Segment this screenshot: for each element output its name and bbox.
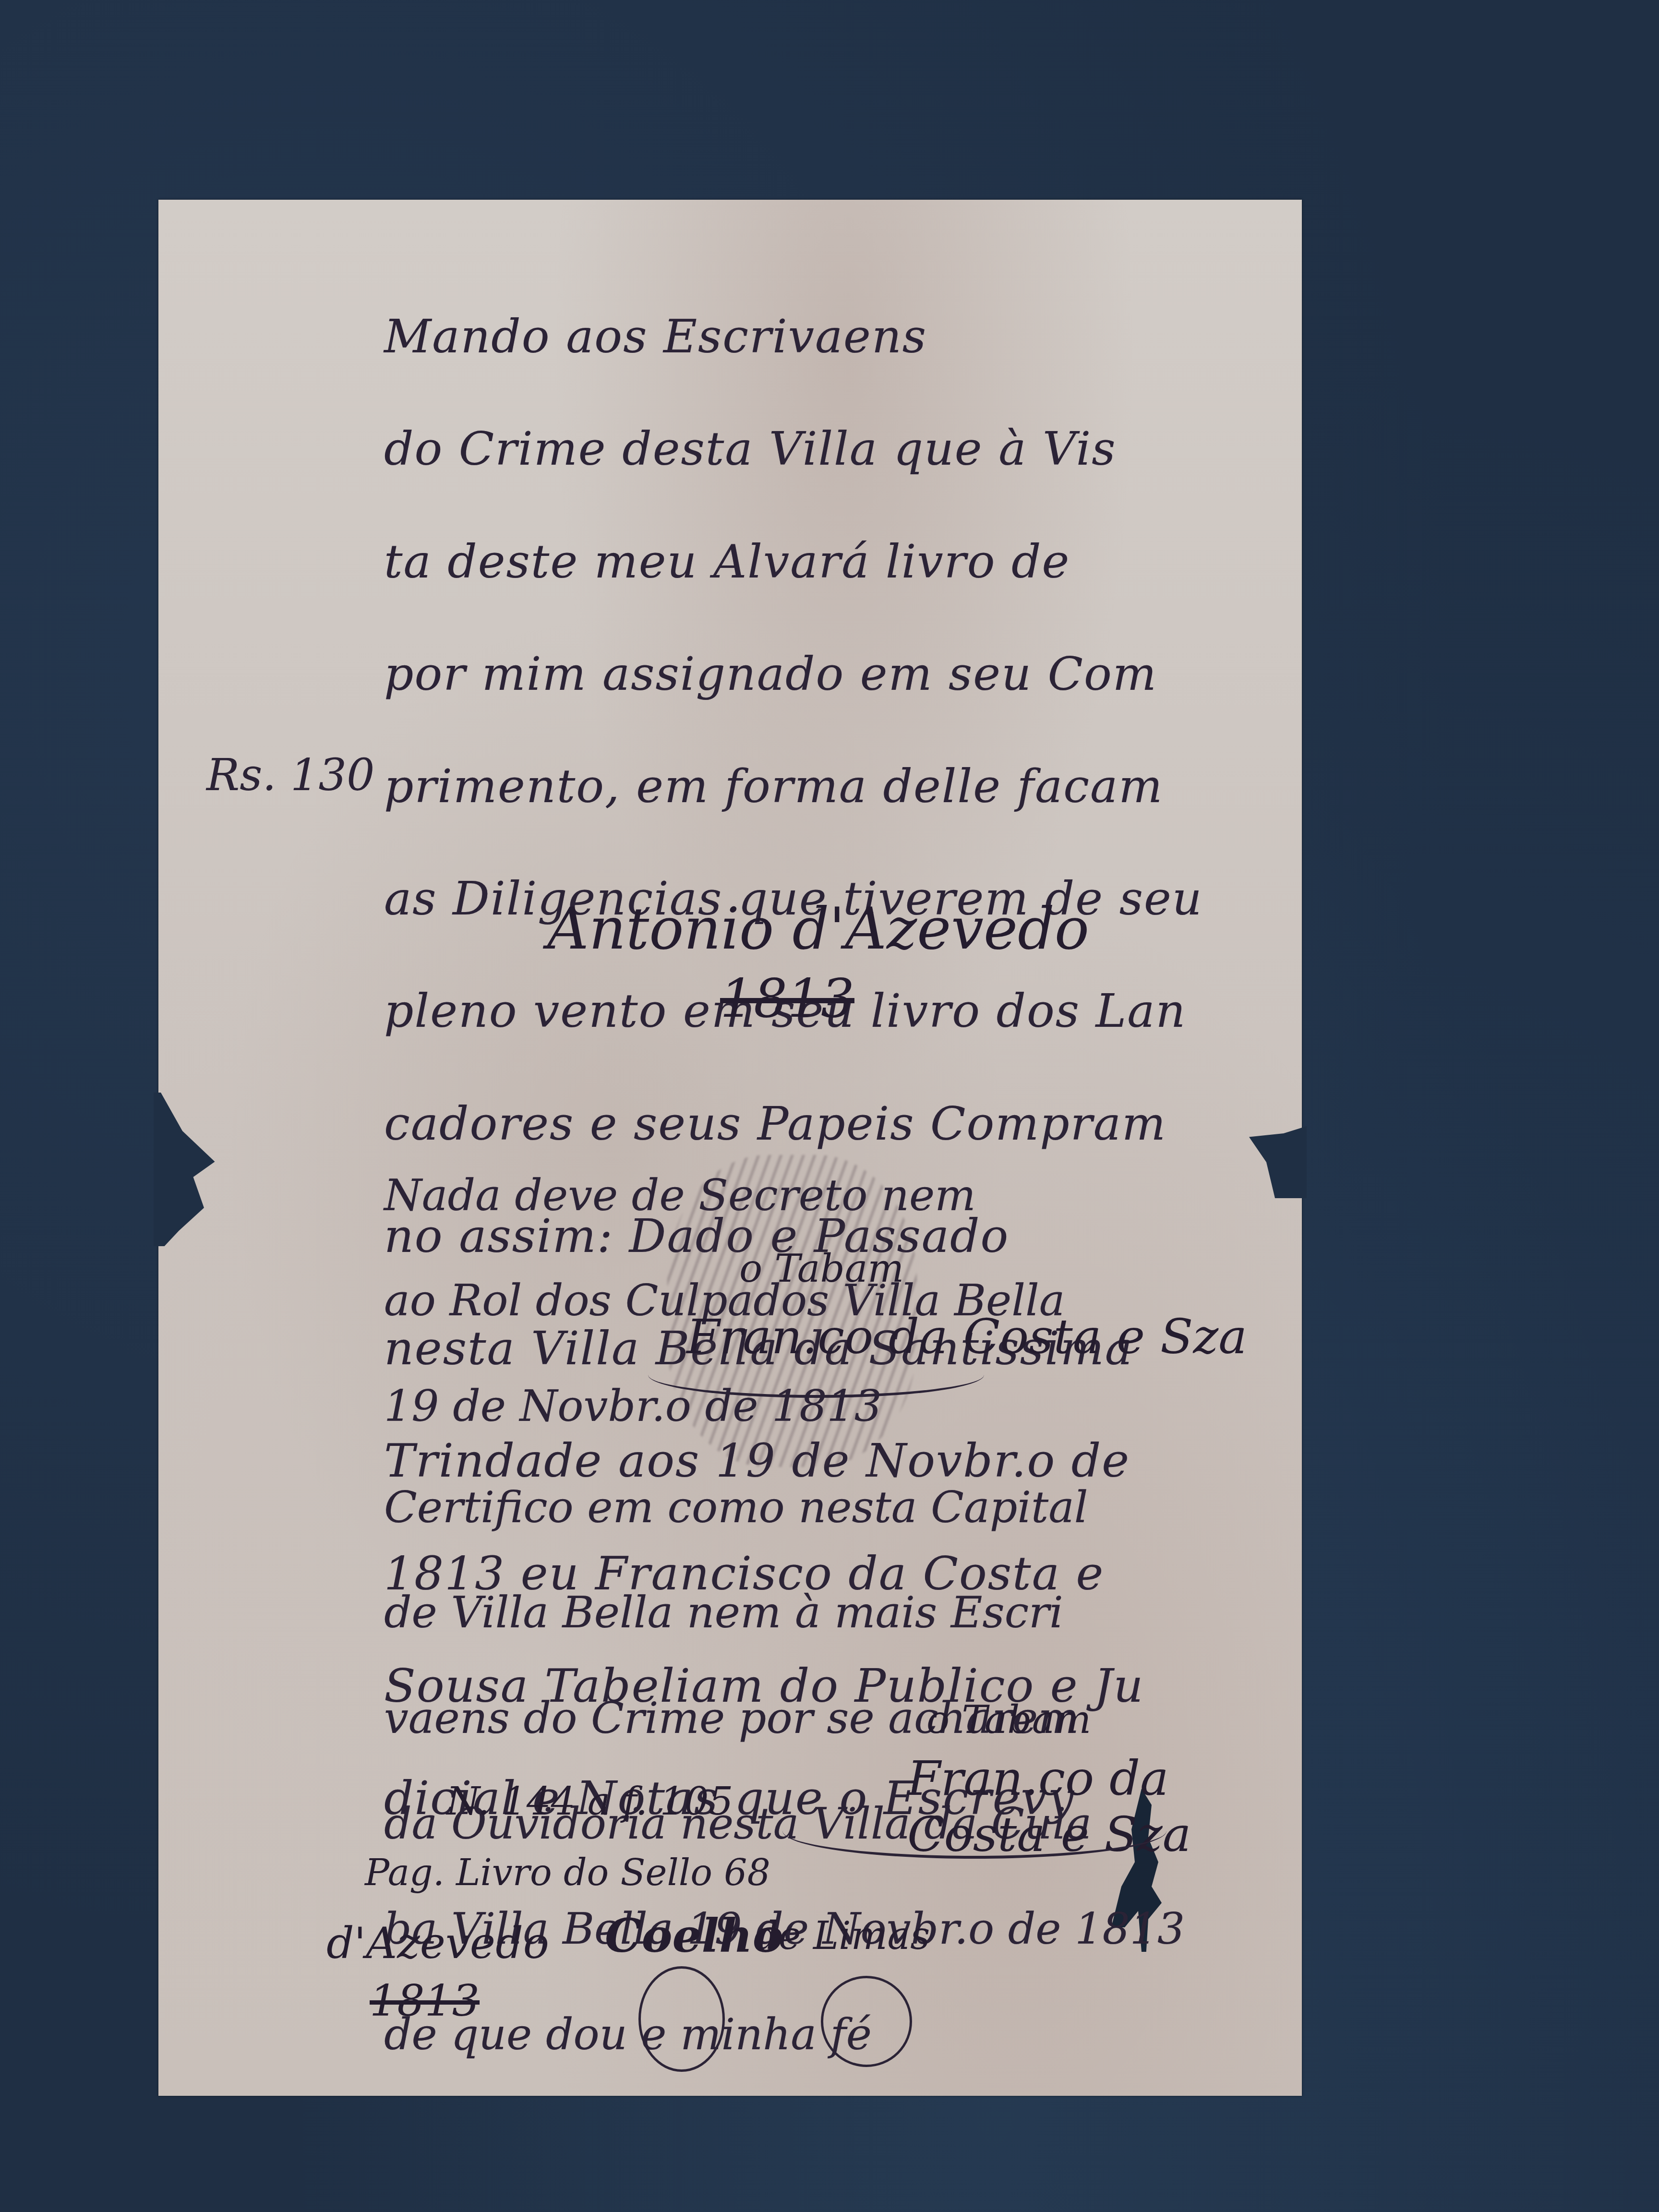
manuscript-page: Mando aos Escrivaens do Crime desta Vill… (158, 200, 1302, 2096)
text-line: do Crime desta Villa que à Vis (384, 421, 1203, 477)
signature-year: 1813 (370, 1976, 480, 2026)
seal-payment-note: Pag. Livro do Sello 68 (365, 1851, 770, 1894)
signature-rubric-loop (821, 1976, 912, 2067)
text-line: de Villa Bella nem à mais Escri (384, 1587, 1185, 1639)
signature-flourish (648, 1352, 984, 1398)
signature-year: 1813 (720, 968, 854, 1029)
underline-flourish (250, 801, 346, 804)
signature-label: o Tabam (926, 1697, 1091, 1742)
text-line: Nada deve de Secreto nem (384, 1169, 1065, 1222)
fee-amount: Rs. 130 (206, 749, 375, 801)
torn-edge-left (154, 1093, 226, 1246)
text-line: Mando aos Escrivaens (384, 309, 1203, 365)
text-line: primento, em forma delle facam (384, 758, 1203, 815)
text-line: de que dou e minha fé (384, 2008, 1185, 2061)
torn-edge-right (1249, 1126, 1307, 1198)
registry-entry: N. 144 a f. 105 (446, 1779, 733, 1824)
signature-rubric-loop (638, 1966, 725, 2072)
signature-flourish (782, 1803, 1166, 1859)
text-line: Certifico em como nesta Capital (384, 1481, 1185, 1534)
signature-antonio-azevedo: Antonio d'Azevedo (547, 896, 1089, 962)
signature-azevedo-bottom: d'Azevedo (326, 1918, 549, 1969)
text-line: ta deste meu Alvará livro de (384, 534, 1203, 590)
margin-fee-note: Rs. 130 (206, 749, 375, 804)
signature-limas: de Limas (754, 1913, 930, 1958)
text-line: por mim assignado em seu Com (384, 646, 1203, 702)
signature-label: o Tabam (739, 1246, 904, 1291)
